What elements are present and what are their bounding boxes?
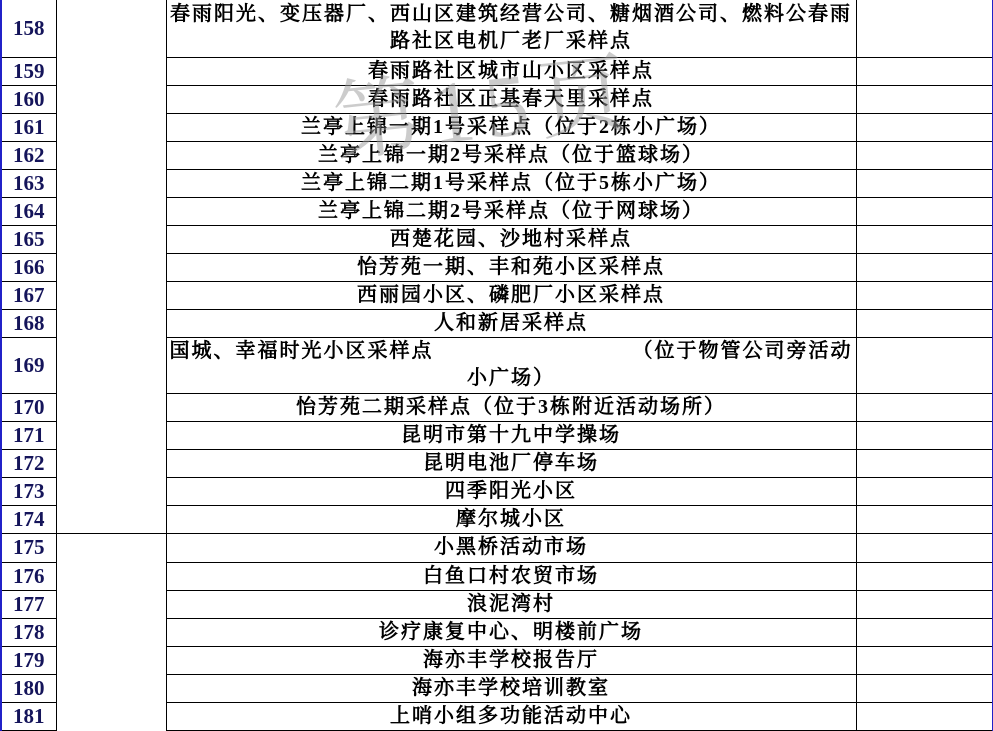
empty-cell [856,702,993,730]
location-cell: 人和新居采样点 [166,309,856,337]
row-number: 159 [1,57,56,85]
empty-cell [856,505,993,533]
row-number: 181 [1,702,56,730]
location-text: 白鱼口村农贸市场 [167,563,856,590]
row-number: 161 [1,113,56,141]
table-row: 175小黑桥活动市场 [1,533,993,562]
row-number: 173 [1,477,56,505]
location-cell: 上哨小组多功能活动中心 [166,702,856,730]
empty-cell [856,449,993,477]
location-cell: 西楚花园、沙地村采样点 [166,225,856,253]
merged-empty-cell [56,533,166,731]
location-text: 西丽园小区、磷肥厂小区采样点 [167,282,856,309]
location-text: 兰亭上锦二期2号采样点（位于网球场） [167,198,856,225]
location-text: 怡芳苑二期采样点（位于3栋附近活动场所） [167,394,856,421]
location-cell: 西丽园小区、磷肥厂小区采样点 [166,281,856,309]
row-number: 164 [1,197,56,225]
location-cell: 兰亭上锦一期1号采样点（位于2栋小广场） [166,113,856,141]
location-text: 人和新居采样点 [167,310,856,337]
empty-cell [856,590,993,618]
location-text: 春雨阳光、变压器厂、西山区建筑经营公司、糖烟酒公司、燃料公春雨 [167,1,856,28]
location-text: 兰亭上锦二期1号采样点（位于5栋小广场） [167,170,856,197]
empty-cell [856,309,993,337]
location-cell: 诊疗康复中心、明楼前广场 [166,618,856,646]
row-number: 176 [1,562,56,590]
location-text: 昆明电池厂停车场 [167,450,856,477]
empty-cell [856,197,993,225]
location-cell: 浪泥湾村 [166,590,856,618]
empty-cell [856,533,993,562]
document-page: 158春雨阳光、变压器厂、西山区建筑经营公司、糖烟酒公司、燃料公春雨路社区电机厂… [0,0,993,731]
location-text: 春雨路社区正基春天里采样点 [167,86,856,113]
empty-cell [856,421,993,449]
empty-cell [856,477,993,505]
row-number: 169 [1,337,56,393]
location-cell: 春雨阳光、变压器厂、西山区建筑经营公司、糖烟酒公司、燃料公春雨路社区电机厂老厂采… [166,0,856,57]
location-text: 小广场） [167,365,856,392]
empty-cell [856,113,993,141]
empty-cell [856,674,993,702]
location-text: 怡芳苑一期、丰和苑小区采样点 [167,254,856,281]
location-text: 春雨路社区城市山小区采样点 [167,58,856,85]
location-text: 西楚花园、沙地村采样点 [167,226,856,253]
table-row: 158春雨阳光、变压器厂、西山区建筑经营公司、糖烟酒公司、燃料公春雨路社区电机厂… [1,0,993,57]
empty-cell [856,85,993,113]
row-number: 178 [1,618,56,646]
empty-cell [856,393,993,421]
location-text: 兰亭上锦一期1号采样点（位于2栋小广场） [167,114,856,141]
empty-cell [856,57,993,85]
location-cell: 海亦丰学校报告厅 [166,646,856,674]
location-text: 四季阳光小区 [167,478,856,505]
row-number: 170 [1,393,56,421]
empty-cell [856,0,993,57]
empty-cell [856,646,993,674]
location-cell: 兰亭上锦二期2号采样点（位于网球场） [166,197,856,225]
location-text: 国城、幸福时光小区采样点 [170,338,434,365]
empty-cell [856,253,993,281]
location-cell: 春雨路社区城市山小区采样点 [166,57,856,85]
sampling-table-body: 158春雨阳光、变压器厂、西山区建筑经营公司、糖烟酒公司、燃料公春雨路社区电机厂… [1,0,993,731]
location-cell: 国城、幸福时光小区采样点（位于物管公司旁活动小广场） [166,337,856,393]
empty-cell [856,562,993,590]
row-number: 158 [1,0,56,57]
location-cell: 兰亭上锦二期1号采样点（位于5栋小广场） [166,169,856,197]
location-cell: 昆明市第十九中学操场 [166,421,856,449]
location-cell: 怡芳苑一期、丰和苑小区采样点 [166,253,856,281]
location-cell: 兰亭上锦一期2号采样点（位于篮球场） [166,141,856,169]
row-number: 168 [1,309,56,337]
location-cell: 小黑桥活动市场 [166,533,856,562]
row-number: 179 [1,646,56,674]
location-cell: 摩尔城小区 [166,505,856,533]
empty-cell [856,337,993,393]
location-text: 诊疗康复中心、明楼前广场 [167,619,856,646]
empty-cell [856,281,993,309]
row-number: 162 [1,141,56,169]
location-cell: 怡芳苑二期采样点（位于3栋附近活动场所） [166,393,856,421]
row-number: 175 [1,533,56,562]
row-number: 177 [1,590,56,618]
row-number: 172 [1,449,56,477]
location-text-line: 国城、幸福时光小区采样点（位于物管公司旁活动 [167,338,856,365]
merged-empty-cell [56,0,166,533]
location-text: 昆明市第十九中学操场 [167,422,856,449]
row-number: 180 [1,674,56,702]
location-text: 兰亭上锦一期2号采样点（位于篮球场） [167,142,856,169]
row-number: 165 [1,225,56,253]
row-number: 174 [1,505,56,533]
row-number: 163 [1,169,56,197]
row-number: 166 [1,253,56,281]
location-text: 海亦丰学校培训教室 [167,675,856,702]
location-text: 路社区电机厂老厂采样点 [167,28,856,55]
location-cell: 白鱼口村农贸市场 [166,562,856,590]
location-text: 摩尔城小区 [167,506,856,533]
location-cell: 四季阳光小区 [166,477,856,505]
location-text: 海亦丰学校报告厅 [167,647,856,674]
location-text: 浪泥湾村 [167,591,856,618]
location-cell: 昆明电池厂停车场 [166,449,856,477]
row-number: 171 [1,421,56,449]
row-number: 167 [1,281,56,309]
location-text: 小黑桥活动市场 [167,534,856,561]
row-number: 160 [1,85,56,113]
location-text: 上哨小组多功能活动中心 [167,703,856,730]
location-cell: 春雨路社区正基春天里采样点 [166,85,856,113]
empty-cell [856,141,993,169]
empty-cell [856,169,993,197]
sampling-points-table: 158春雨阳光、变压器厂、西山区建筑经营公司、糖烟酒公司、燃料公春雨路社区电机厂… [0,0,993,731]
empty-cell [856,225,993,253]
location-cell: 海亦丰学校培训教室 [166,674,856,702]
location-text: （位于物管公司旁活动 [633,338,853,365]
empty-cell [856,618,993,646]
